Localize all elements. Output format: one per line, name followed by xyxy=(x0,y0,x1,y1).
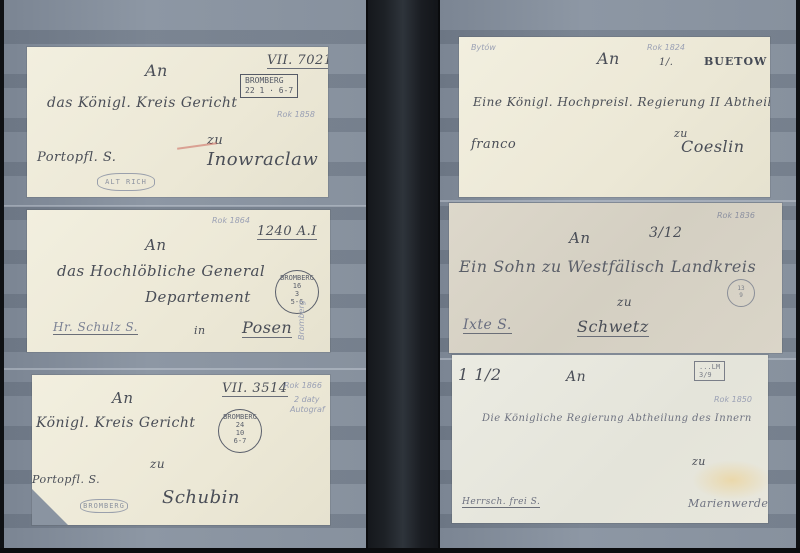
postmark-town: BROMBERG xyxy=(276,274,318,282)
postmark-town: ...LM xyxy=(699,363,720,371)
paper-stain xyxy=(692,460,768,500)
destination-prefix: in xyxy=(194,324,206,337)
postmark-month: 10 xyxy=(219,429,261,437)
cover-inowraclaw[interactable]: VII. 7021 An BROMBERG 22 1 · 6-7 das Kön… xyxy=(27,47,328,197)
year-note: Rok 1824 xyxy=(647,43,685,52)
addressee: Königl. Kreis Gericht xyxy=(36,415,196,431)
year-note: Rok 1858 xyxy=(277,110,315,119)
spine-edge xyxy=(438,0,440,553)
postmark-month: 3 xyxy=(276,290,318,298)
year-note: Rok 1866 xyxy=(284,381,322,390)
greeting: An xyxy=(145,236,167,254)
addressee-line2: Departement xyxy=(145,288,251,306)
note-left: Herrsch. frei S. xyxy=(462,497,540,508)
year-note: Rok 1836 xyxy=(717,211,755,220)
note-left: Hr. Schulz S. xyxy=(53,320,138,335)
year-note: Rok 1864 xyxy=(212,216,250,225)
spine-edge xyxy=(366,0,368,553)
addressee: Eine Königl. Hochpreisl. Regierung II Ab… xyxy=(473,95,770,109)
addressee: Die Königliche Regierung Abtheilung des … xyxy=(482,413,752,424)
postmark-town: BROMBERG xyxy=(245,76,293,86)
straight-line-stamp-buetow: BUETOW xyxy=(704,55,767,68)
greeting: An xyxy=(112,389,134,407)
addressee: Ein Sohn zu Westfälisch Landkreis xyxy=(459,257,756,276)
postmark-circle-bromberg: BROMBERG 24 10 6-7 xyxy=(218,409,262,453)
reference-number: VII. 7021 xyxy=(267,53,328,69)
stock-strip-edge xyxy=(4,205,366,207)
postmark-box-bromberg: BROMBERG 22 1 · 6-7 xyxy=(240,74,298,98)
destination-prefix: zu xyxy=(150,457,165,471)
postmark-date: 22 1 · 6-7 xyxy=(245,86,293,96)
cover-schubin[interactable]: VII. 3514 Rok 1866 2 daty Autograf An BR… xyxy=(32,375,330,525)
greeting: An xyxy=(145,61,168,80)
cover-marienwerder[interactable]: 1 1/2 An ...LM 3/9 Rok 1850 Die Königlic… xyxy=(452,355,768,523)
postmark-circle: 13 9 xyxy=(727,279,755,307)
postmark-month: 9 xyxy=(728,292,754,299)
cover-coeslin[interactable]: Bytów An Rok 1824 1/. BUETOW Eine Königl… xyxy=(459,37,770,197)
reference-number: VII. 3514 xyxy=(222,381,288,397)
rate: 3/12 xyxy=(649,225,682,241)
album-spine xyxy=(366,0,440,553)
note-left: Portopfl. S. xyxy=(32,473,100,486)
destination-prefix: zu xyxy=(617,295,632,309)
note-left: Portopfl. S. xyxy=(37,150,116,165)
postmark-town: BROMBERG xyxy=(219,413,261,421)
cover-schwetz[interactable]: Rok 1836 An 3/12 Ein Sohn zu Westfälisch… xyxy=(449,203,782,353)
rate: 1/. xyxy=(659,57,673,68)
postmark-date: 3/9 xyxy=(699,371,720,379)
destination-prefix: zu xyxy=(207,133,223,148)
postmark-time: 6-7 xyxy=(219,437,261,445)
place-note: Bytów xyxy=(471,43,496,52)
oval-stamp: BROMBERG xyxy=(80,499,128,513)
destination: Inowraclaw xyxy=(207,149,318,170)
rate: 1 1/2 xyxy=(458,365,502,384)
side-note: Bromberg xyxy=(297,300,306,340)
reference-number: 1240 A.I xyxy=(257,224,317,240)
clipped-corner xyxy=(32,489,68,525)
addressee: das Königl. Kreis Gericht xyxy=(47,95,237,111)
cover-posen[interactable]: Rok 1864 1240 A.I An das Hochlöbliche Ge… xyxy=(27,210,330,352)
addressee-line1: das Hochlöbliche General xyxy=(57,262,265,280)
stock-strip-edge xyxy=(4,368,366,370)
destination: Schubin xyxy=(162,487,240,508)
greeting: An xyxy=(566,369,586,385)
greeting: An xyxy=(597,49,620,68)
side-note-line1: 2 daty xyxy=(294,395,319,404)
side-note-line2: Autograf xyxy=(290,405,325,414)
postmark-day: 13 xyxy=(728,285,754,292)
note-left: Ixte S. xyxy=(463,317,512,334)
postmark-day: 16 xyxy=(276,282,318,290)
year-note: Rok 1850 xyxy=(714,395,752,404)
album-bottom-edge xyxy=(0,548,800,553)
destination: Marienwerder xyxy=(688,497,768,510)
postmark-box: ...LM 3/9 xyxy=(694,361,725,381)
note-left: franco xyxy=(471,137,516,152)
postmark-day: 24 xyxy=(219,421,261,429)
stock-strip-edge xyxy=(440,200,796,202)
destination: Schwetz xyxy=(577,317,649,337)
oval-stamp: ALT RICH xyxy=(97,173,155,191)
greeting: An xyxy=(569,229,591,247)
destination: Coeslin xyxy=(681,137,745,156)
destination: Posen xyxy=(242,318,292,338)
